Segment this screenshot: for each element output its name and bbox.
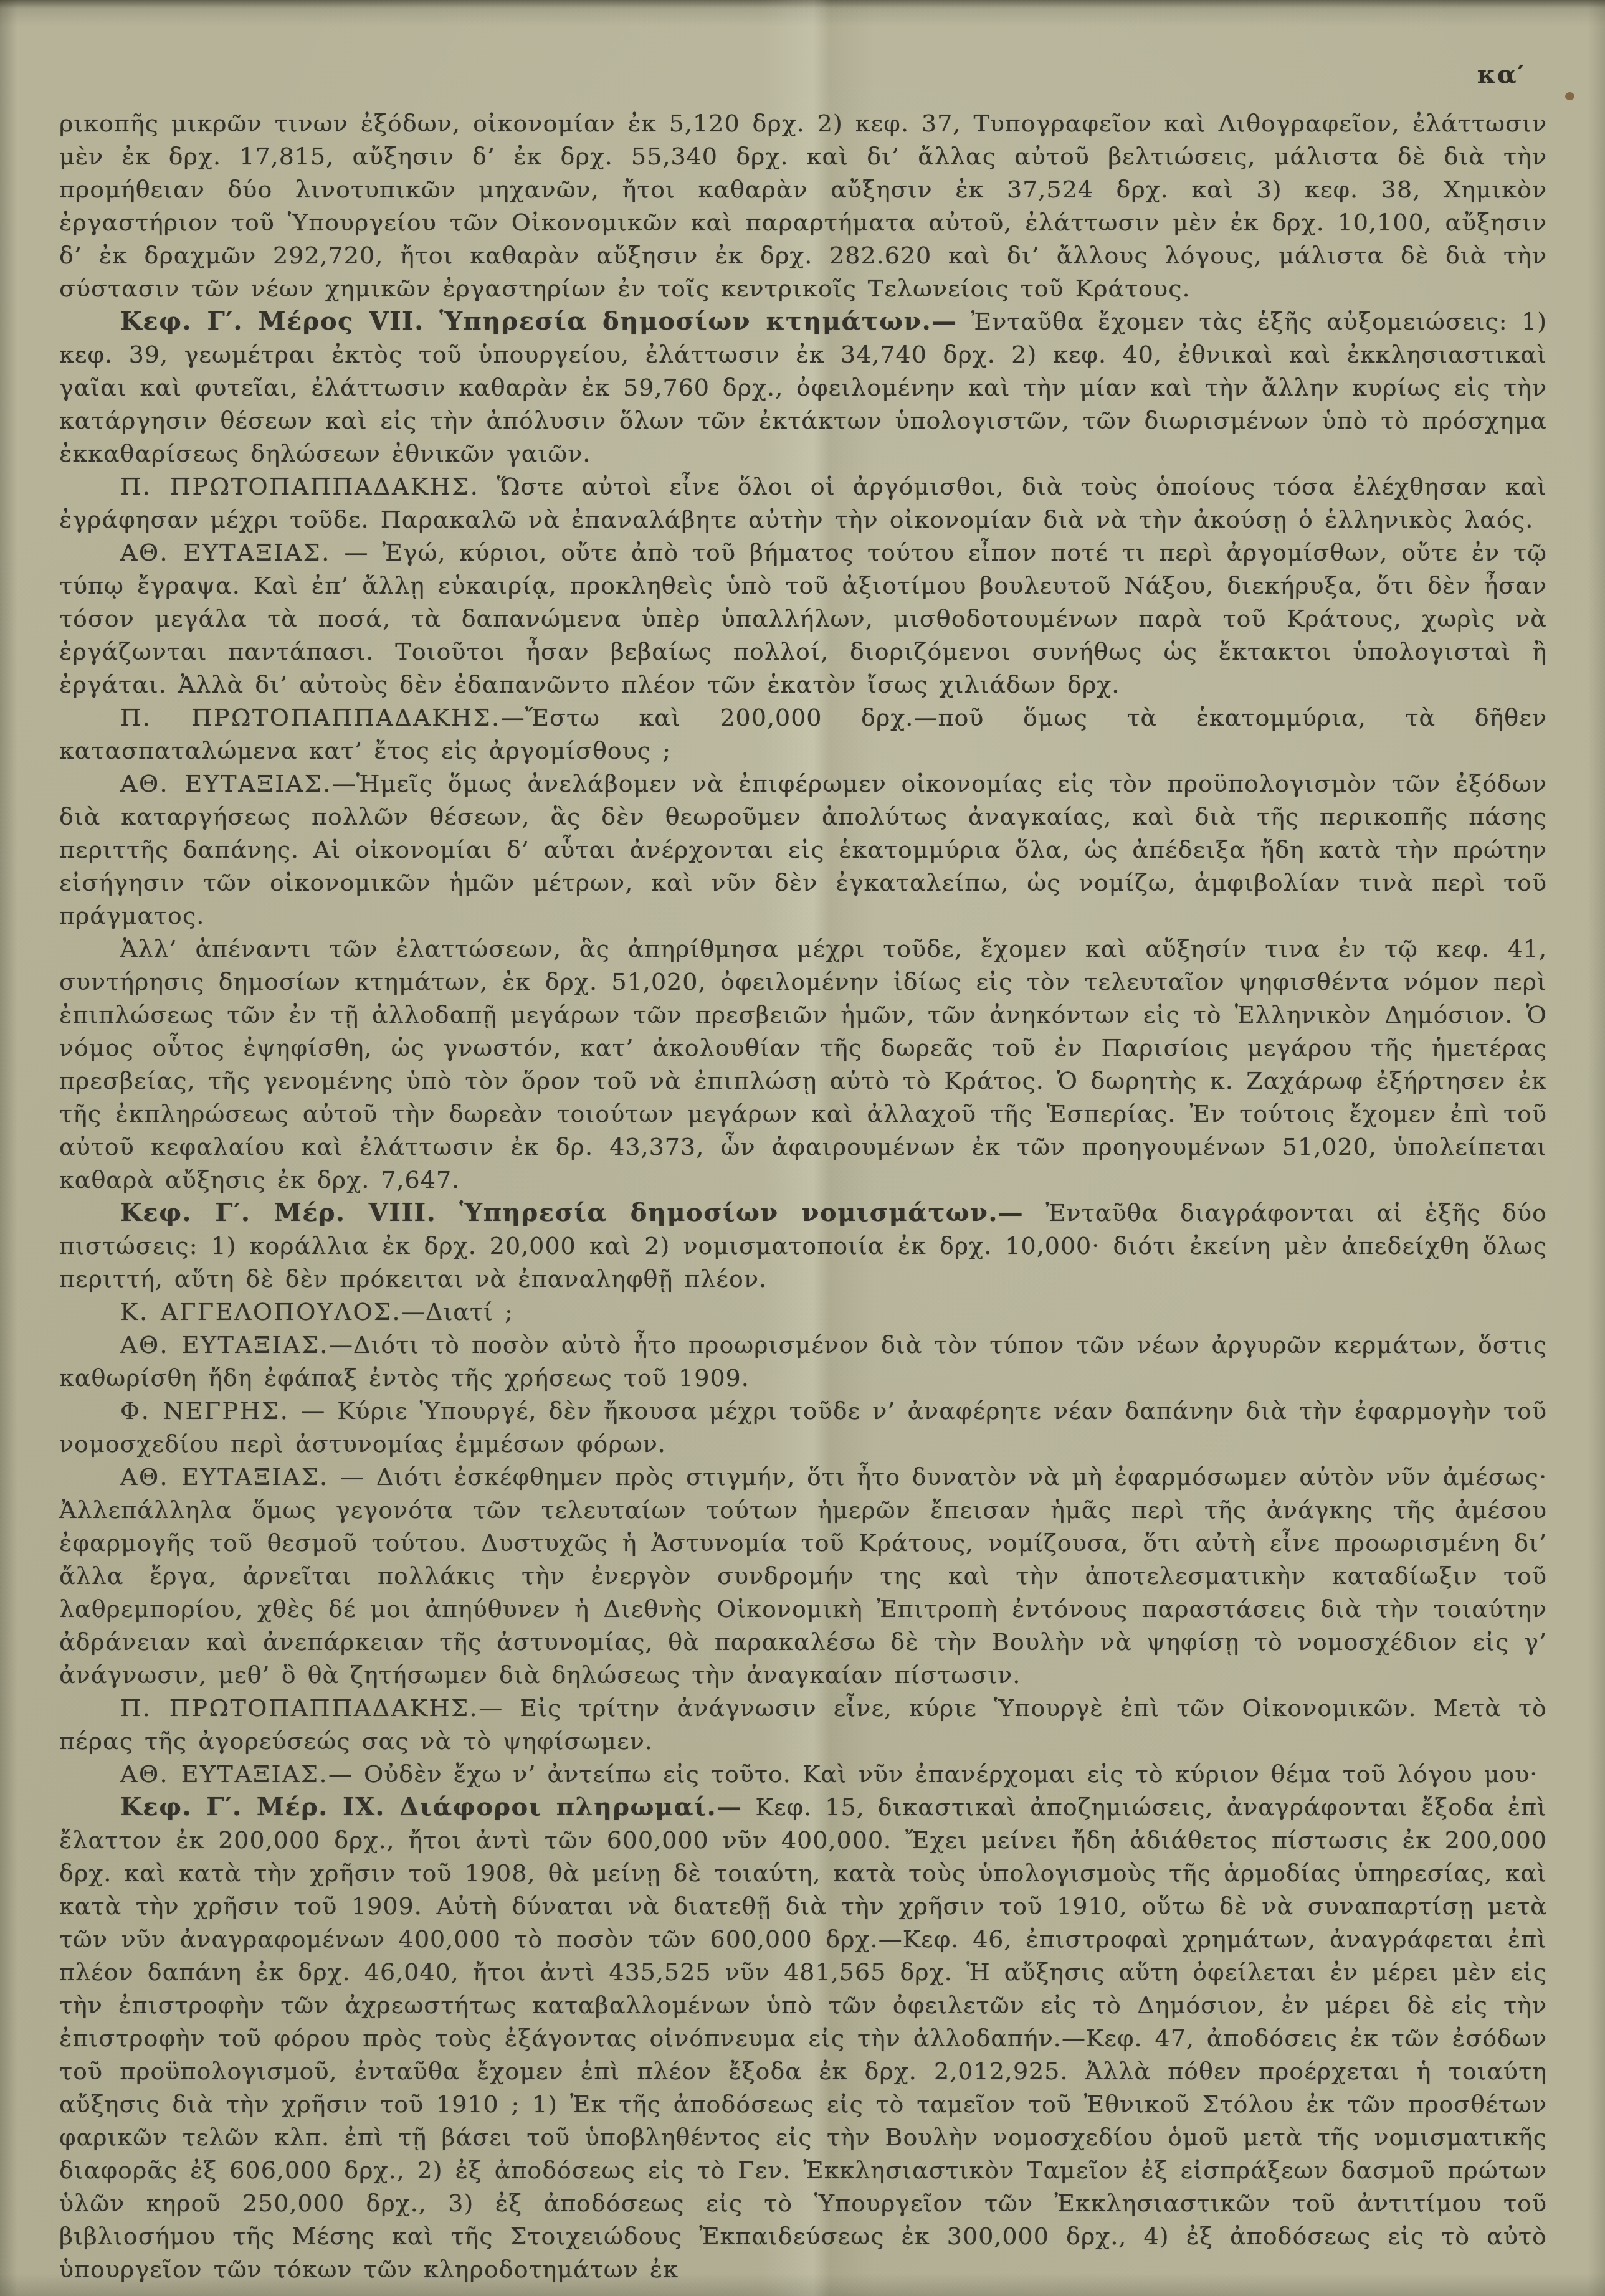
speaker-name: Π. ΠΡΩΤΟΠΑΠΠΑΔΑΚΗΣ. [120,704,501,731]
speaker-name: ΑΘ. ΕΥΤΑΞΙΑΣ. [120,770,332,797]
paragraph-4: ΑΘ. ΕΥΤΑΞΙΑΣ. — Ἐγώ, κύριοι, οὔτε ἀπὸ το… [59,536,1547,701]
paragraph-9: Κ. ΑΓΓΕΛΟΠΟΥΛΟΣ.—Διατί ; [59,1296,1547,1329]
body-text: — Διότι ἐσκέφθημεν πρὸς στιγμήν, ὅτι ἦτο… [59,1463,1547,1689]
body-text: Ἀλλ’ ἀπέναντι τῶν ἐλαττώσεων, ἃς ἀπηρίθμ… [59,935,1547,1193]
speaker-name: ΑΘ. ΕΥΤΑΞΙΑΣ. [120,1463,329,1491]
paragraph-2: Κεφ. Γ′. Μέρος VII. Ὑπηρεσία δημοσίων κτ… [59,305,1547,470]
page-number: κα′ [1477,60,1525,89]
body-text: ρικοπῆς μικρῶν τινων ἐξόδων, οἰκονομίαν … [59,110,1547,302]
paragraph-3: Π. ΠΡΩΤΟΠΑΠΠΑΔΑΚΗΣ. Ὥστε αὐτοὶ εἶνε ὅλοι… [59,470,1547,536]
paragraph-11: Φ. ΝΕΓΡΗΣ. — Κύριε Ὑπουργέ, δὲν ἤκουσα μ… [59,1395,1547,1461]
body-text: —Διατί ; [401,1298,513,1326]
section-heading: Κεφ. Γ′. Μέρος VII. Ὑπηρεσία δημοσίων κτ… [120,307,957,336]
paragraph-5: Π. ΠΡΩΤΟΠΑΠΠΑΔΑΚΗΣ.—Ἔστω καὶ 200,000 δρχ… [59,701,1547,767]
text-block: ρικοπῆς μικρῶν τινων ἐξόδων, οἰκονομίαν … [59,107,1547,2286]
speaker-name: Κ. ΑΓΓΕΛΟΠΟΥΛΟΣ. [120,1298,401,1326]
document-page: κα′ ρικοπῆς μικρῶν τινων ἐξόδων, οἰκονομ… [0,0,1605,2296]
paragraph-6: ΑΘ. ΕΥΤΑΞΙΑΣ.—Ἡμεῖς ὅμως ἀνελάβομεν νὰ ἐ… [59,767,1547,932]
paragraph-8: Κεφ. Γ′. Μέρ. VIII. Ὑπηρεσία δημοσίων νο… [59,1197,1547,1296]
paragraph-7: Ἀλλ’ ἀπέναντι τῶν ἐλαττώσεων, ἃς ἀπηρίθμ… [59,932,1547,1197]
speaker-name: ΑΘ. ΕΥΤΑΞΙΑΣ. [120,539,331,566]
body-text: — Οὐδὲν ἔχω ν’ ἀντείπω εἰς τοῦτο. Καὶ νῦ… [328,1760,1538,1788]
paragraph-13: Π. ΠΡΩΤΟΠΑΠΠΑΔΑΚΗΣ.— Εἰς τρίτην ἀνάγνωσι… [59,1692,1547,1758]
speaker-name: Φ. ΝΕΓΡΗΣ. [120,1397,289,1425]
section-heading: Κεφ. Γ′. Μέρ. VIII. Ὑπηρεσία δημοσίων νο… [120,1198,1024,1227]
paragraph-1: ρικοπῆς μικρῶν τινων ἐξόδων, οἰκονομίαν … [59,107,1547,305]
speaker-name: ΑΘ. ΕΥΤΑΞΙΑΣ. [120,1331,329,1359]
body-text: Κεφ. 15, δικαστικαὶ ἀποζημιώσεις, ἀναγρά… [59,1793,1547,2283]
section-heading: Κεφ. Γ′. Μέρ. IX. Διάφοροι πληρωμαί.— [120,1793,742,1821]
speaker-name: Π. ΠΡΩΤΟΠΑΠΠΑΔΑΚΗΣ. [120,1694,479,1722]
paragraph-12: ΑΘ. ΕΥΤΑΞΙΑΣ. — Διότι ἐσκέφθημεν πρὸς στ… [59,1461,1547,1692]
paper-stain-fleck [1565,92,1574,100]
paragraph-14: ΑΘ. ΕΥΤΑΞΙΑΣ.— Οὐδὲν ἔχω ν’ ἀντείπω εἰς … [59,1758,1547,1791]
speaker-name: Π. ΠΡΩΤΟΠΑΠΠΑΔΑΚΗΣ. [120,473,479,500]
speaker-name: ΑΘ. ΕΥΤΑΞΙΑΣ. [120,1760,328,1788]
paragraph-15: Κεφ. Γ′. Μέρ. IX. Διάφοροι πληρωμαί.— Κε… [59,1791,1547,2286]
paragraph-10: ΑΘ. ΕΥΤΑΞΙΑΣ.—Διότι τὸ ποσὸν αὐτὸ ἦτο πρ… [59,1329,1547,1395]
